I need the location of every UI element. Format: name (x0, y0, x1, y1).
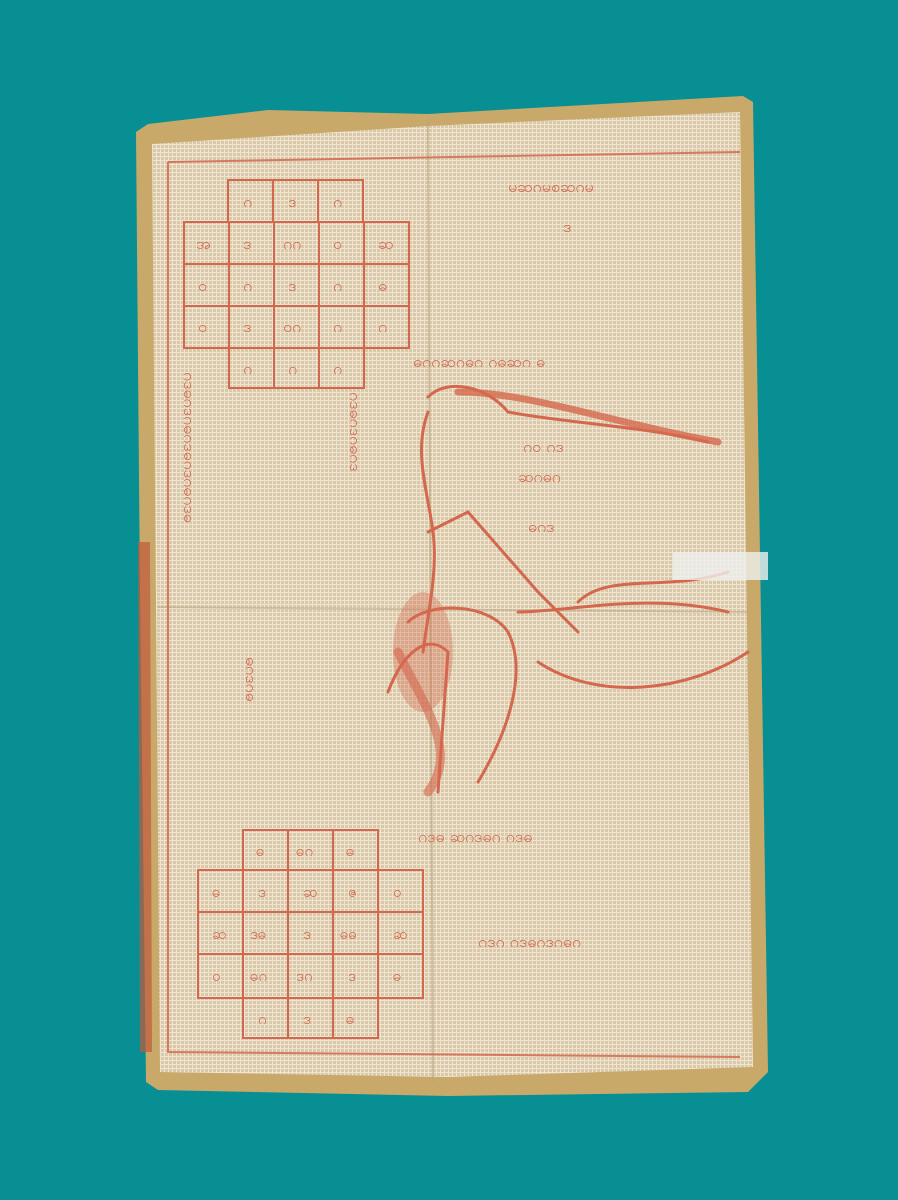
svg-text:ဒ: ဒ (288, 276, 296, 295)
svg-text:ဝ: ဝ (393, 883, 401, 901)
svg-text:ဂ: ဂ (243, 192, 252, 211)
talisman-drawing: ဂဒဂ အဒဂဂဝဆ ဝဂဒဂဓ ဝဒဝဂဂဂ ဂဂဂ ဓဓဂဓ ဓဒဆဇဝ ဆ… (128, 92, 773, 1102)
svg-text:ဓဂဂဆဂဓဂ ဂဓဆဂ ဓ: ဓဂဂဆဂဓဂ ဂဓဆဂ ဓ (413, 352, 545, 371)
svg-text:ဒဓ: ဒဓ (250, 925, 266, 943)
svg-text:ဝ: ဝ (212, 967, 220, 985)
svg-text:ဝဂ: ဝဂ (283, 317, 301, 336)
svg-text:ဂ: ဂ (333, 317, 342, 336)
svg-text:ဂဒဂ ဂဒဓဂဒဂဓဂ: ဂဒဂ ဂဒဓဂဒဂဓဂ (478, 932, 581, 951)
svg-text:ဆဂဓဂ: ဆဂဓဂ (518, 467, 561, 486)
svg-text:ဒ: ဒ (563, 217, 571, 236)
svg-text:ဒဂ: ဒဂ (296, 967, 312, 985)
svg-text:ဓ: ဓ (346, 1010, 354, 1028)
svg-text:ဂ: ဂ (333, 276, 342, 295)
svg-text:ဝ: ဝ (198, 276, 207, 295)
cloth-talisman: ဂဒဂ အဒဂဂဝဆ ဝဂဒဂဓ ဝဒဝဂဂဂ ဂဂဂ ဓဓဂဓ ဓဒဆဇဝ ဆ… (128, 92, 773, 1102)
svg-text:ဂ: ဂ (243, 276, 252, 295)
svg-text:ဓဓ: ဓဓ (340, 925, 357, 943)
svg-text:ဓ: ဓ (212, 883, 220, 901)
svg-text:ဝ: ဝ (333, 234, 342, 253)
svg-text:ဓဂဒ: ဓဂဒ (528, 517, 554, 536)
svg-text:ဒ: ဒ (243, 234, 251, 253)
svg-text:ဓ: ဓ (346, 842, 354, 860)
left-vertical-script-2: ဓဂဒဂဓ (242, 657, 261, 702)
svg-text:ဆ: ဆ (212, 925, 227, 943)
svg-text:ဒ: ဒ (288, 192, 296, 211)
svg-text:ဓ: ဓ (393, 967, 401, 985)
svg-text:ဓဂ: ဓဂ (250, 967, 267, 985)
svg-text:ဂ: ဂ (288, 359, 297, 378)
svg-text:ဒ: ဒ (303, 925, 311, 943)
svg-text:ဂ: ဂ (333, 192, 342, 211)
svg-text:ဝ: ဝ (198, 317, 207, 336)
svg-text:ဂ: ဂ (243, 359, 252, 378)
svg-text:မဆဂမစဆဂမ: မဆဂမစဆဂမ (508, 177, 594, 196)
svg-text:ဆ: ဆ (378, 234, 393, 253)
svg-text:ဆ: ဆ (303, 883, 318, 901)
svg-text:ဆ: ဆ (393, 925, 408, 943)
svg-text:ဒ: ဒ (243, 317, 251, 336)
svg-text:ဂဒဓ ဆဂဒဓဂ ဂဒဓ: ဂဒဓ ဆဂဒဓဂ ဂဒဓ (418, 827, 532, 846)
svg-text:ဂ: ဂ (258, 1010, 267, 1028)
svg-text:ဂဝ ဂဒ: ဂဝ ဂဒ (523, 437, 564, 456)
svg-text:ဒ: ဒ (303, 1010, 311, 1028)
svg-text:အ: အ (196, 234, 211, 253)
svg-text:ဒ: ဒ (348, 967, 356, 985)
svg-text:ဓ: ဓ (256, 842, 264, 860)
svg-text:ဓဂ: ဓဂ (296, 842, 313, 860)
svg-text:ဂဂ: ဂဂ (283, 234, 301, 253)
center-vertical-script: ဂဒဓဂဒဂဓဂဒ (346, 392, 365, 472)
svg-text:ဒ: ဒ (258, 883, 266, 901)
svg-text:ဂ: ဂ (378, 317, 387, 336)
svg-text:ဓ: ဓ (378, 276, 387, 295)
left-vertical-script: ဂဒဓဂဒဂဓဂဒဓဂဒဂဓဂဒဓ (180, 372, 199, 523)
svg-text:ဂ: ဂ (333, 359, 342, 378)
svg-text:ဇ: ဇ (348, 883, 357, 901)
